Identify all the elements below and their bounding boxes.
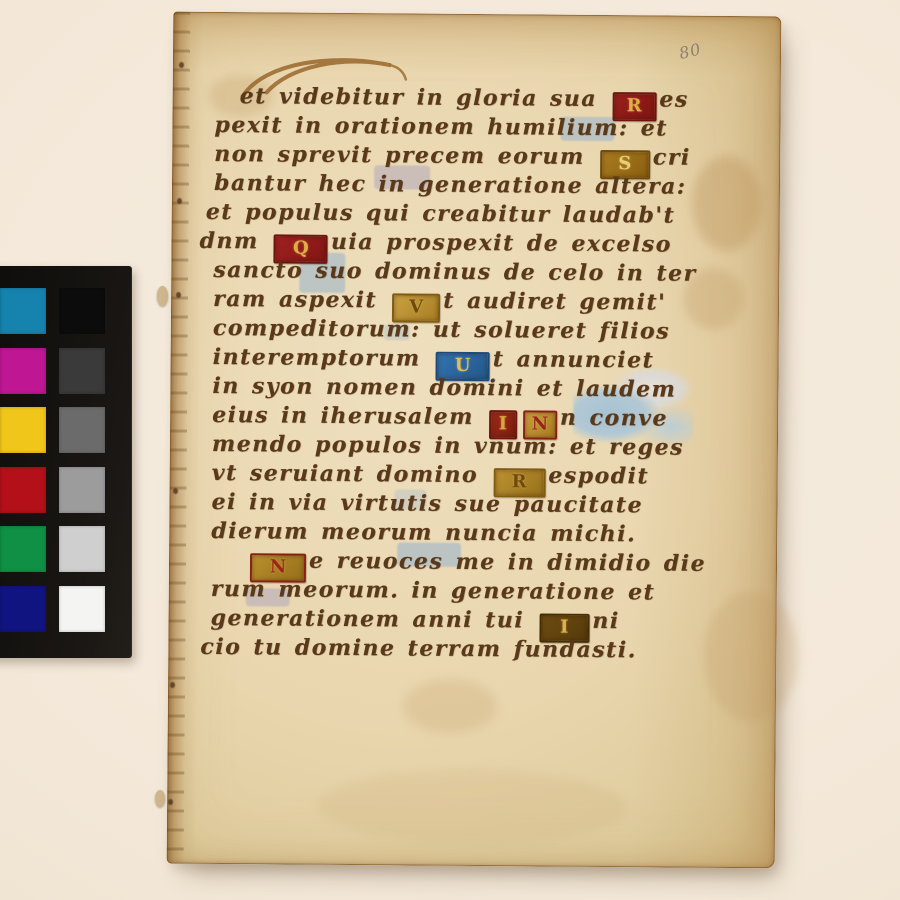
text-line: mendo populos in vnum: et reges bbox=[212, 431, 732, 464]
manuscript-words: in syon nomen domini et laudem bbox=[212, 373, 676, 403]
text-line: eius in iherusalem INn conve bbox=[212, 402, 732, 435]
text-line: et populus qui creabitur laudab't bbox=[206, 199, 734, 232]
swatch-black bbox=[59, 288, 105, 334]
swatch-navy-blue bbox=[0, 586, 46, 632]
swatch-grid bbox=[0, 288, 118, 632]
swatch-yellow bbox=[0, 407, 46, 453]
manuscript-words: t audiret gemit' bbox=[443, 288, 666, 316]
manuscript-words: generationem anni tui bbox=[210, 605, 536, 634]
sewing-hole bbox=[173, 488, 178, 494]
text-line: generationem anni tui Ini bbox=[210, 605, 730, 638]
manuscript-words: cio tu domine terram fundasti. bbox=[200, 634, 637, 663]
manuscript-words: e reuoces me in dimidio die bbox=[309, 548, 706, 577]
text-line: Ne reuoces me in dimidio die bbox=[247, 547, 731, 580]
text-line: et videbitur in gloria sua Res bbox=[240, 83, 735, 116]
text-line: ram aspexit Vt audiret gemit' bbox=[213, 286, 733, 319]
swatch-green bbox=[0, 526, 46, 572]
manuscript-words: uia prospexit de excelso bbox=[331, 229, 672, 258]
photograph-scene: 80 et videbitur in gloria sua Respexit i… bbox=[0, 0, 900, 900]
manuscript-words: ram aspexit bbox=[213, 286, 389, 313]
manuscript-words: et populus qui creabitur laudab't bbox=[206, 199, 676, 229]
sewing-hole bbox=[176, 292, 181, 298]
text-line: pexit in orationem humilium: et bbox=[214, 112, 734, 145]
swatch-mid-gray bbox=[59, 407, 105, 453]
manuscript-words: et videbitur in gloria sua bbox=[240, 83, 610, 112]
folio-number: 80 bbox=[677, 39, 703, 63]
text-line: compeditorum: ut solueret filios bbox=[213, 315, 733, 348]
swatch-light-gray bbox=[59, 526, 105, 572]
manuscript-words: bantur hec in generatione altera: bbox=[214, 170, 687, 200]
text-line: bantur hec in generatione altera: bbox=[214, 170, 734, 203]
stain bbox=[403, 678, 498, 734]
manuscript-words: rum meorum. in generatione et bbox=[211, 576, 656, 605]
manuscript-leaf: 80 et videbitur in gloria sua Respexit i… bbox=[167, 12, 782, 869]
manuscript-text: et videbitur in gloria sua Respexit in o… bbox=[210, 83, 735, 667]
text-line: interemptorum Ut annunciet bbox=[213, 344, 733, 377]
text-line: dierum meorum nuncia michi. bbox=[211, 518, 731, 551]
swatch-gray bbox=[59, 467, 105, 513]
manuscript-words: vt seruiant domino bbox=[212, 460, 491, 488]
manuscript-words: compeditorum: ut solueret filios bbox=[213, 315, 670, 345]
sewing-hole bbox=[170, 682, 175, 688]
text-line: vt seruiant domino Respodit bbox=[212, 460, 732, 493]
text-line: dnm Quia prospexit de excelso bbox=[199, 228, 733, 261]
sewing-hole bbox=[179, 62, 184, 68]
sewing-hole bbox=[168, 799, 173, 805]
manuscript-words: t annunciet bbox=[493, 346, 655, 373]
manuscript-words: dnm bbox=[199, 228, 271, 255]
swatch-white bbox=[59, 586, 105, 632]
swatch-cyan bbox=[0, 288, 46, 334]
text-line: sancto suo dominus de celo in ter bbox=[213, 257, 733, 290]
manuscript-words: espodit bbox=[548, 463, 649, 490]
text-line: in syon nomen domini et laudem bbox=[212, 373, 732, 406]
binding-edge bbox=[167, 12, 191, 864]
swatch-red bbox=[0, 467, 46, 513]
manuscript-words: mendo populos in vnum: et reges bbox=[212, 431, 684, 461]
manuscript-words: eius in iherusalem bbox=[212, 402, 486, 430]
color-calibration-card bbox=[0, 266, 132, 658]
text-line: rum meorum. in generatione et bbox=[211, 576, 731, 609]
sewing-hole bbox=[177, 198, 182, 204]
sewing-thread bbox=[157, 286, 168, 306]
swatch-dark-gray bbox=[59, 348, 105, 394]
manuscript-words: pexit in orationem humilium: et bbox=[214, 112, 668, 142]
text-line: ei in via virtutis sue paucitate bbox=[211, 489, 731, 522]
manuscript-words: es bbox=[659, 86, 689, 112]
manuscript-words: dierum meorum nuncia michi. bbox=[211, 518, 636, 547]
manuscript-words: cri bbox=[653, 144, 691, 170]
manuscript-words: interemptorum bbox=[213, 344, 433, 372]
text-line: non sprevit precem eorum Scri bbox=[214, 141, 734, 174]
swatch-magenta bbox=[0, 348, 46, 394]
stain bbox=[317, 768, 628, 845]
sewing-thread bbox=[155, 790, 165, 807]
manuscript-words: n conve bbox=[560, 405, 668, 432]
manuscript-words: non sprevit precem eorum bbox=[214, 141, 597, 170]
manuscript-words: ni bbox=[592, 608, 620, 634]
manuscript-words: sancto suo dominus de celo in ter bbox=[213, 257, 697, 287]
text-line: cio tu domine terram fundasti. bbox=[200, 634, 730, 667]
manuscript-words: ei in via virtutis sue paucitate bbox=[211, 489, 643, 518]
